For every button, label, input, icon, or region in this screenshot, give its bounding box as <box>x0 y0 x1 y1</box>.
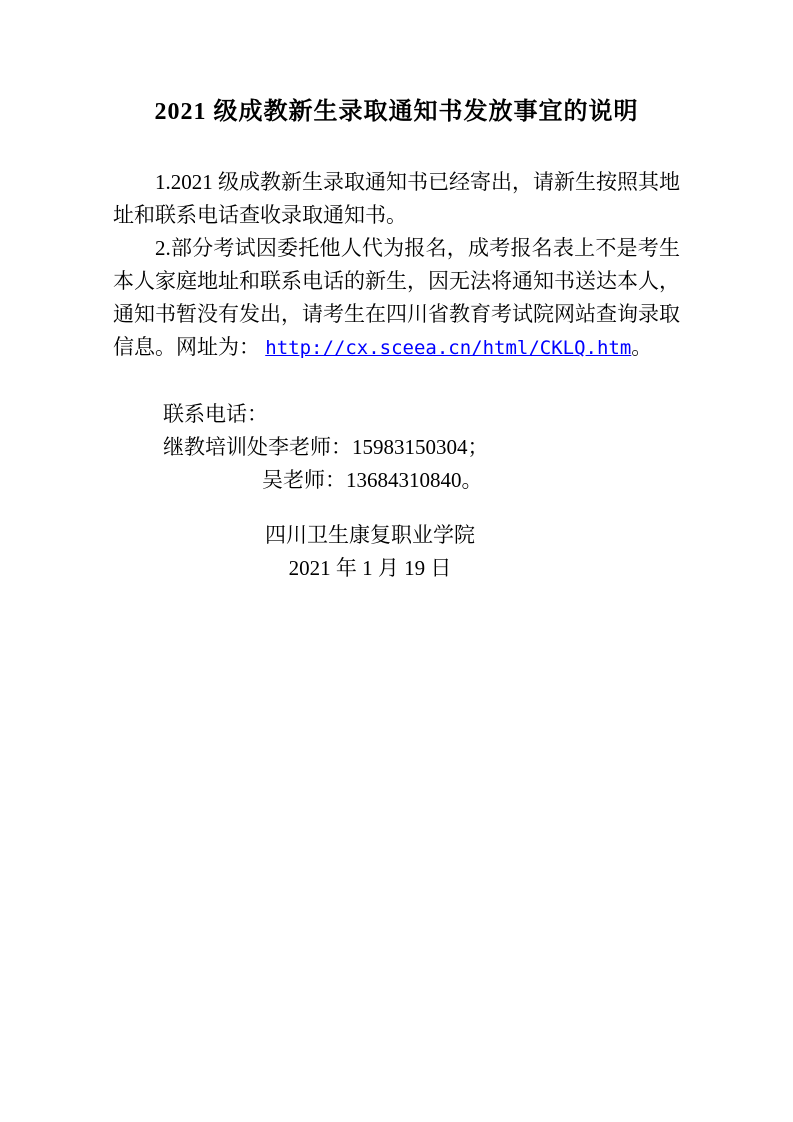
contact-phone-wu: 吴老师：13684310840。 <box>113 464 680 497</box>
paragraph-2-suffix: 。 <box>631 335 652 359</box>
signature-organization: 四川卫生康复职业学院 <box>220 519 520 552</box>
contact-phone-li: 继教培训处李老师：15983150304； <box>113 431 680 464</box>
document-page: 2021 级成教新生录取通知书发放事宜的说明 1.2021 级成教新生录取通知书… <box>0 0 793 1122</box>
document-title: 2021 级成教新生录取通知书发放事宜的说明 <box>113 96 680 128</box>
paragraph-1: 1.2021 级成教新生录取通知书已经寄出，请新生按照其地址和联系电话查收录取通… <box>113 166 680 232</box>
paragraph-2: 2.部分考试因委托他人代为报名，成考报名表上不是考生本人家庭地址和联系电话的新生… <box>113 232 680 365</box>
signature-section: 四川卫生康复职业学院 2021 年 1 月 19 日 <box>220 519 520 585</box>
signature-date: 2021 年 1 月 19 日 <box>220 552 520 585</box>
contact-section: 联系电话： 继教培训处李老师：15983150304； 吴老师：13684310… <box>113 398 680 497</box>
contact-heading: 联系电话： <box>113 398 680 431</box>
admission-query-link[interactable]: http://cx.sceea.cn/html/CKLQ.htm <box>265 337 631 359</box>
